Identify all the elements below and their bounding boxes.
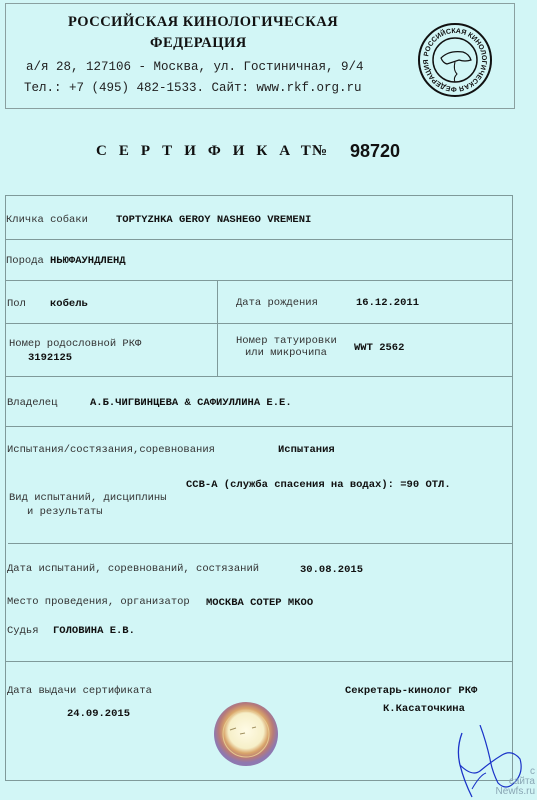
discipline-label-line1: Вид испытаний, дисциплины — [9, 492, 167, 504]
pedigree-value: 3192125 — [28, 352, 72, 364]
dog-name-label: Кличка собаки — [6, 214, 88, 226]
divider — [5, 376, 513, 377]
breed-value: НЬЮФАУНДЛЕНД — [50, 255, 126, 267]
sex-value: кобель — [50, 298, 88, 310]
discipline-label-line2: и результаты — [27, 506, 103, 518]
watermark: с сайта Newfs.ru — [496, 767, 535, 797]
event-type-value: Испытания — [278, 444, 335, 456]
issue-date-value: 24.09.2015 — [67, 708, 130, 720]
secretary-name: К.Касаточкина — [383, 703, 465, 715]
dog-name-value: TOPTYZHKA GEROY NASHEGO VREMENI — [116, 214, 311, 226]
venue-label: Место проведения, организатор — [7, 596, 190, 608]
birth-date-label: Дата рождения — [236, 297, 318, 309]
sex-label: Пол — [7, 298, 26, 310]
org-name-line2: ФЕДЕРАЦИЯ — [150, 35, 247, 52]
secretary-label: Секретарь-кинолог РКФ — [345, 685, 477, 697]
divider — [5, 280, 513, 281]
owner-label: Владелец — [7, 397, 57, 409]
judge-value: ГОЛОВИНА Е.В. — [53, 625, 135, 637]
tattoo-label-line2: или микрочипа — [245, 347, 327, 359]
birth-date-value: 16.12.2011 — [356, 297, 419, 309]
divider — [5, 426, 513, 427]
divider — [5, 323, 513, 324]
divider — [5, 195, 513, 196]
event-date-label: Дата испытаний, соревнований, состязаний — [7, 563, 259, 575]
org-name-line1: РОССИЙСКАЯ КИНОЛОГИЧЕСКАЯ — [68, 14, 338, 31]
divider — [5, 661, 513, 662]
owner-value: А.Б.ЧИГВИНЦЕВА & САФИУЛЛИНА Е.Е. — [90, 397, 292, 409]
hologram-sticker-icon — [212, 700, 280, 768]
venue-value: МОСКВА СОТЕР МКОО — [206, 597, 313, 609]
certificate-number-sign: № — [312, 143, 327, 160]
divider — [8, 543, 513, 544]
watermark-line3: Newfs.ru — [496, 787, 535, 797]
tattoo-label-line1: Номер татуировки — [236, 335, 337, 347]
certificate-number: 98720 — [350, 141, 400, 162]
table-bottom-border — [5, 780, 513, 781]
org-contacts: Тел.: +7 (495) 482-1533. Сайт: www.rkf.o… — [24, 81, 362, 95]
org-address: а/я 28, 127106 - Москва, ул. Гостиничная… — [26, 60, 364, 74]
column-divider — [217, 280, 218, 376]
event-type-label: Испытания/состязания,соревнования — [7, 444, 215, 456]
discipline-value: ССВ-А (служба спасения на водах): =90 ОТ… — [186, 479, 451, 491]
pedigree-label: Номер родословной РКФ — [9, 338, 141, 350]
issue-date-label: Дата выдачи сертификата — [7, 685, 152, 697]
table-right-border — [512, 195, 513, 780]
judge-label: Судья — [7, 625, 39, 637]
tattoo-value: WWT 2562 — [354, 342, 404, 354]
table-left-border — [5, 195, 6, 780]
breed-label: Порода — [6, 255, 44, 267]
divider — [5, 239, 513, 240]
rkf-seal-icon: РОССИЙСКАЯ КИНОЛОГИЧЕСКАЯ ФЕДЕРАЦИЯ • — [417, 22, 493, 98]
certificate-title: СЕРТИФИКАТ — [96, 143, 323, 160]
event-date-value: 30.08.2015 — [300, 564, 363, 576]
